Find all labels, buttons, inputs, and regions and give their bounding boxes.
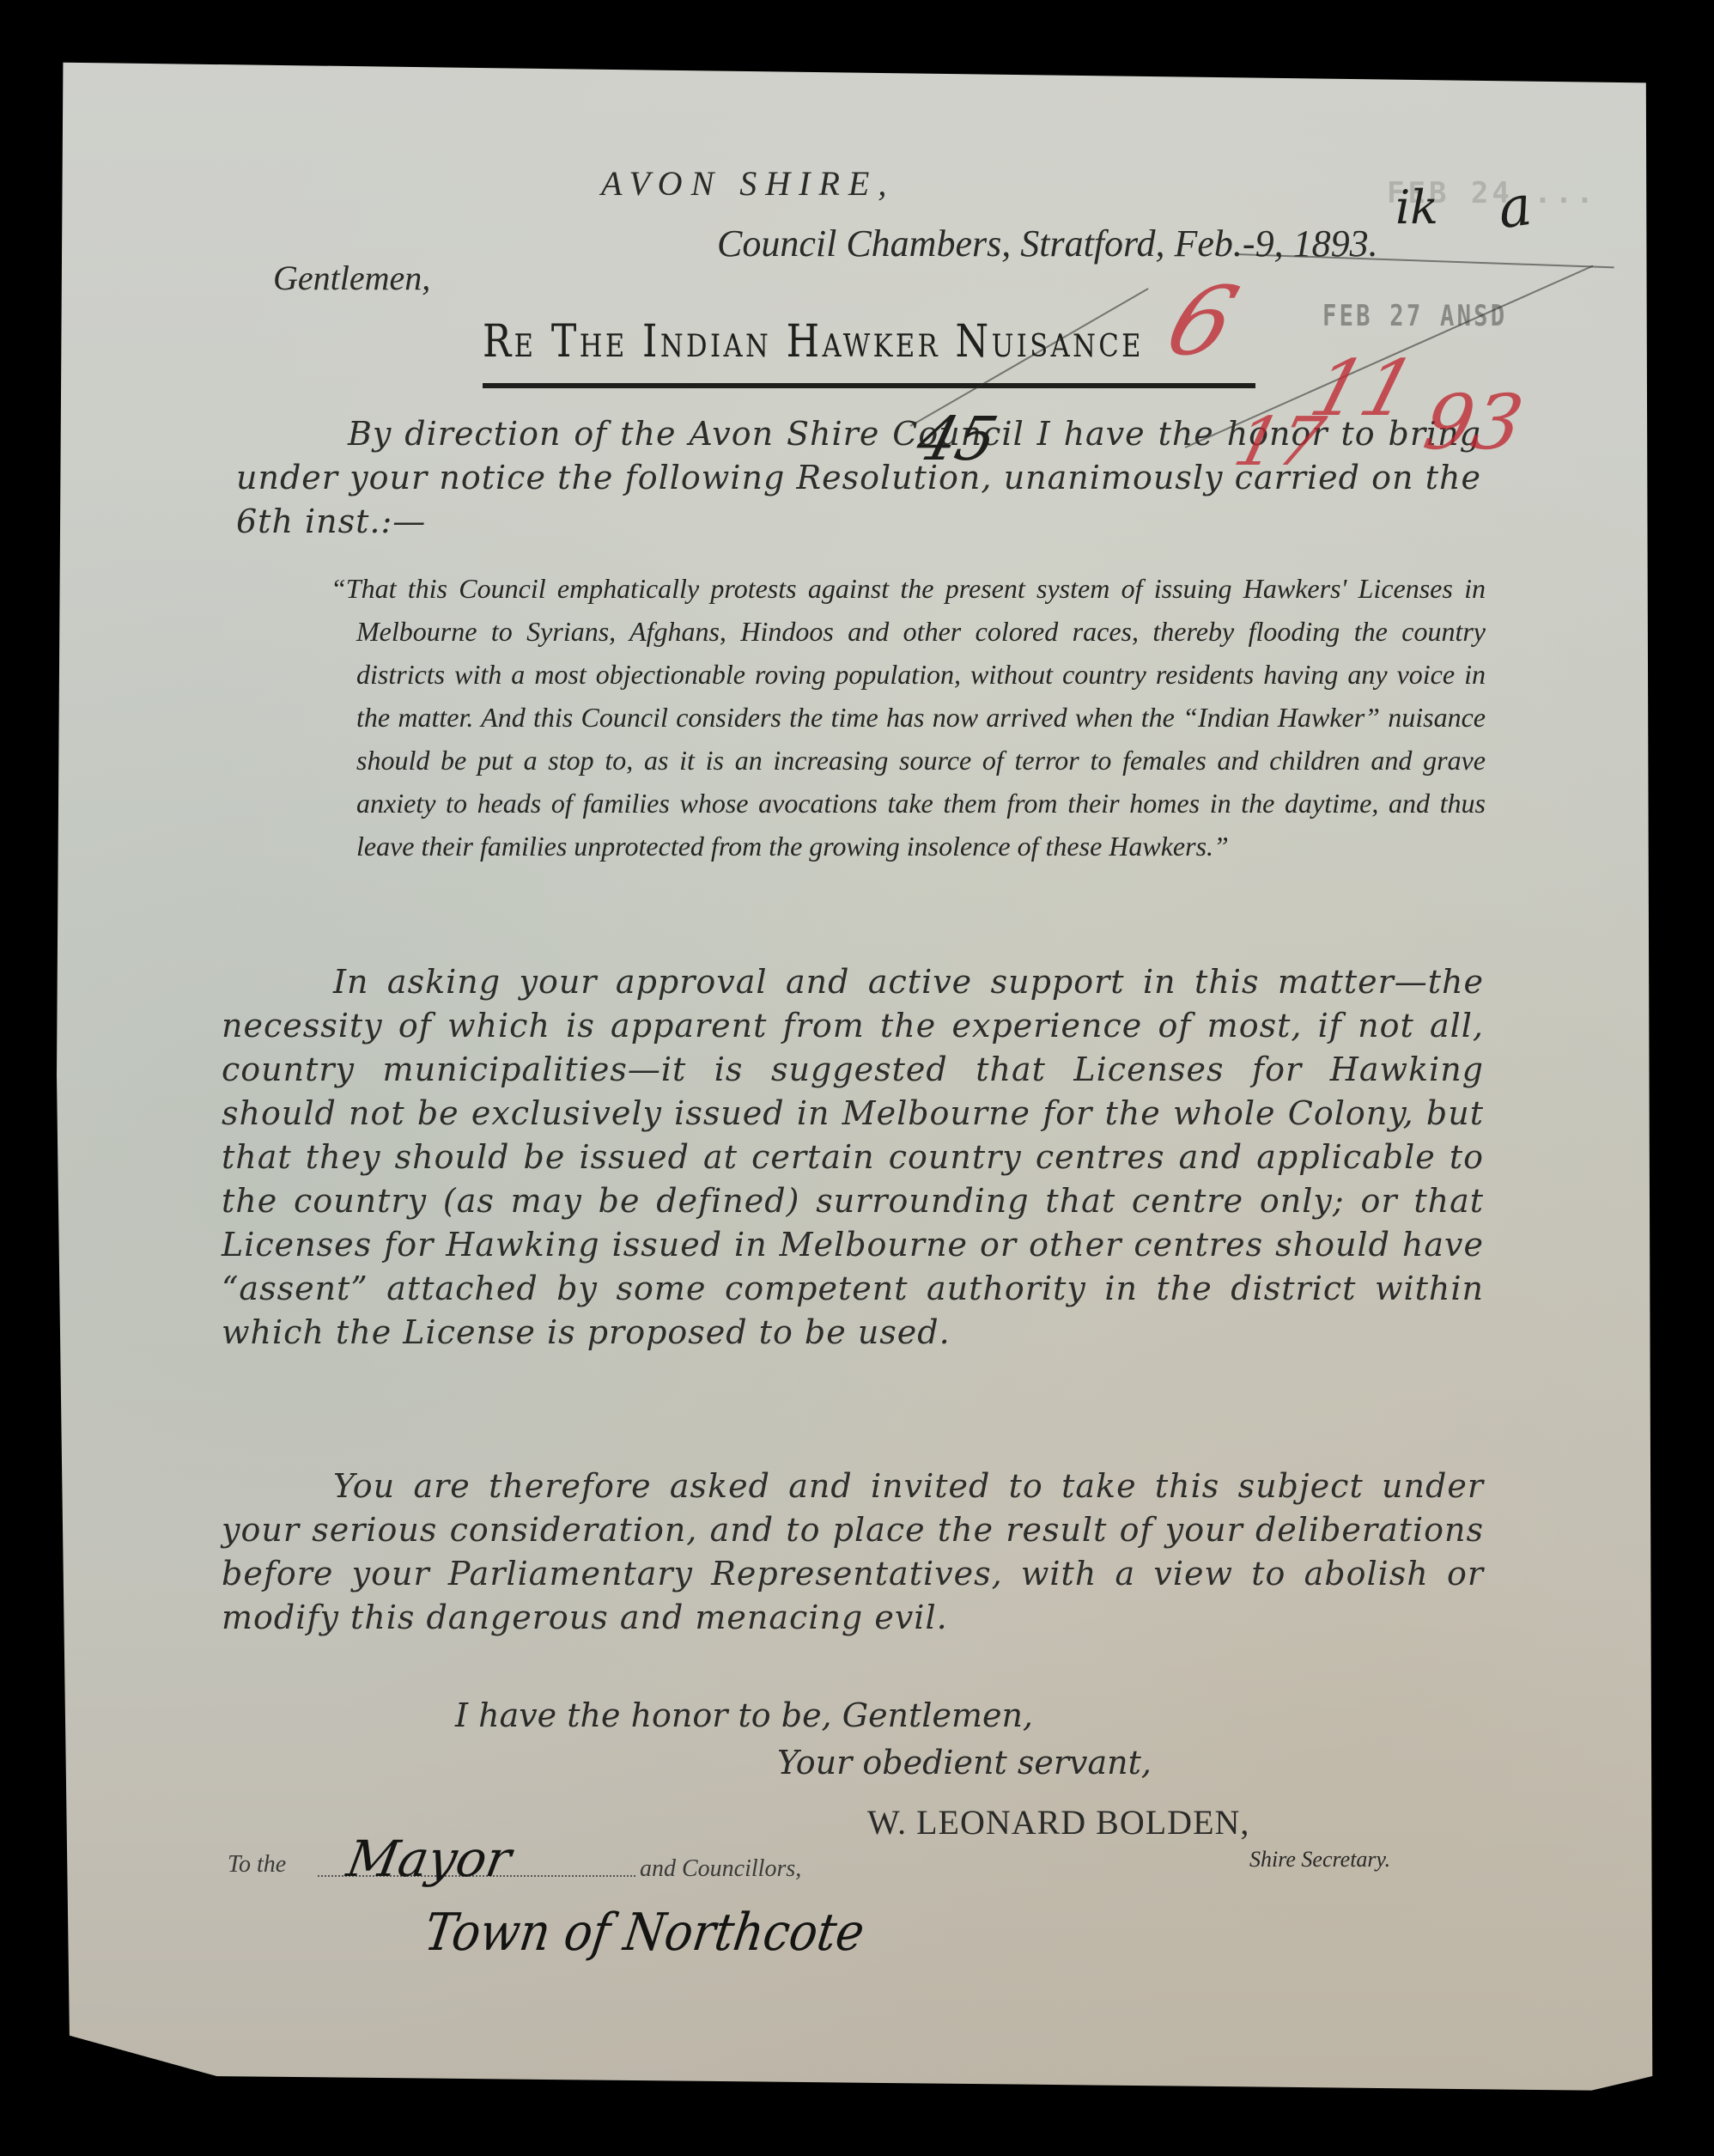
resolution-quote: “That this Council emphatically protests… (331, 567, 1486, 868)
annotation-ref: ik (1395, 180, 1438, 234)
title-underline (483, 383, 1255, 388)
paragraph-request: In asking your approval and active suppo… (222, 960, 1484, 1355)
paragraph-request-text: In asking your approval and active suppo… (222, 963, 1484, 1351)
letterhead-place-date: Council Chambers, Stratford, Feb.-9, 189… (717, 222, 1378, 265)
closing-line-2: Your obedient servant, (777, 1744, 1152, 1781)
salutation: Gentlemen, (273, 258, 430, 298)
red-annotation-4: 93 (1418, 378, 1529, 466)
closing-line-1: I have the honor to be, Gentlemen, (455, 1696, 1033, 1734)
paragraph-conclusion-text: You are therefore asked and invited to t… (222, 1467, 1484, 1636)
handwritten-town: Town of Northcote (421, 1903, 867, 1963)
title-block: Re The Indian Hawker Nuisance (483, 316, 1273, 368)
signer-name: W. LEONARD BOLDEN, (867, 1802, 1249, 1842)
address-and-councillors: and Councillors, (640, 1855, 801, 1883)
letterhead-shire: AVON SHIRE, (601, 163, 895, 204)
handwritten-recipient: Mayor (343, 1830, 515, 1888)
paragraph-conclusion: You are therefore asked and invited to t… (222, 1465, 1484, 1640)
signer-title: Shire Secretary. (1249, 1847, 1390, 1873)
address-to-the: To the (228, 1851, 286, 1879)
